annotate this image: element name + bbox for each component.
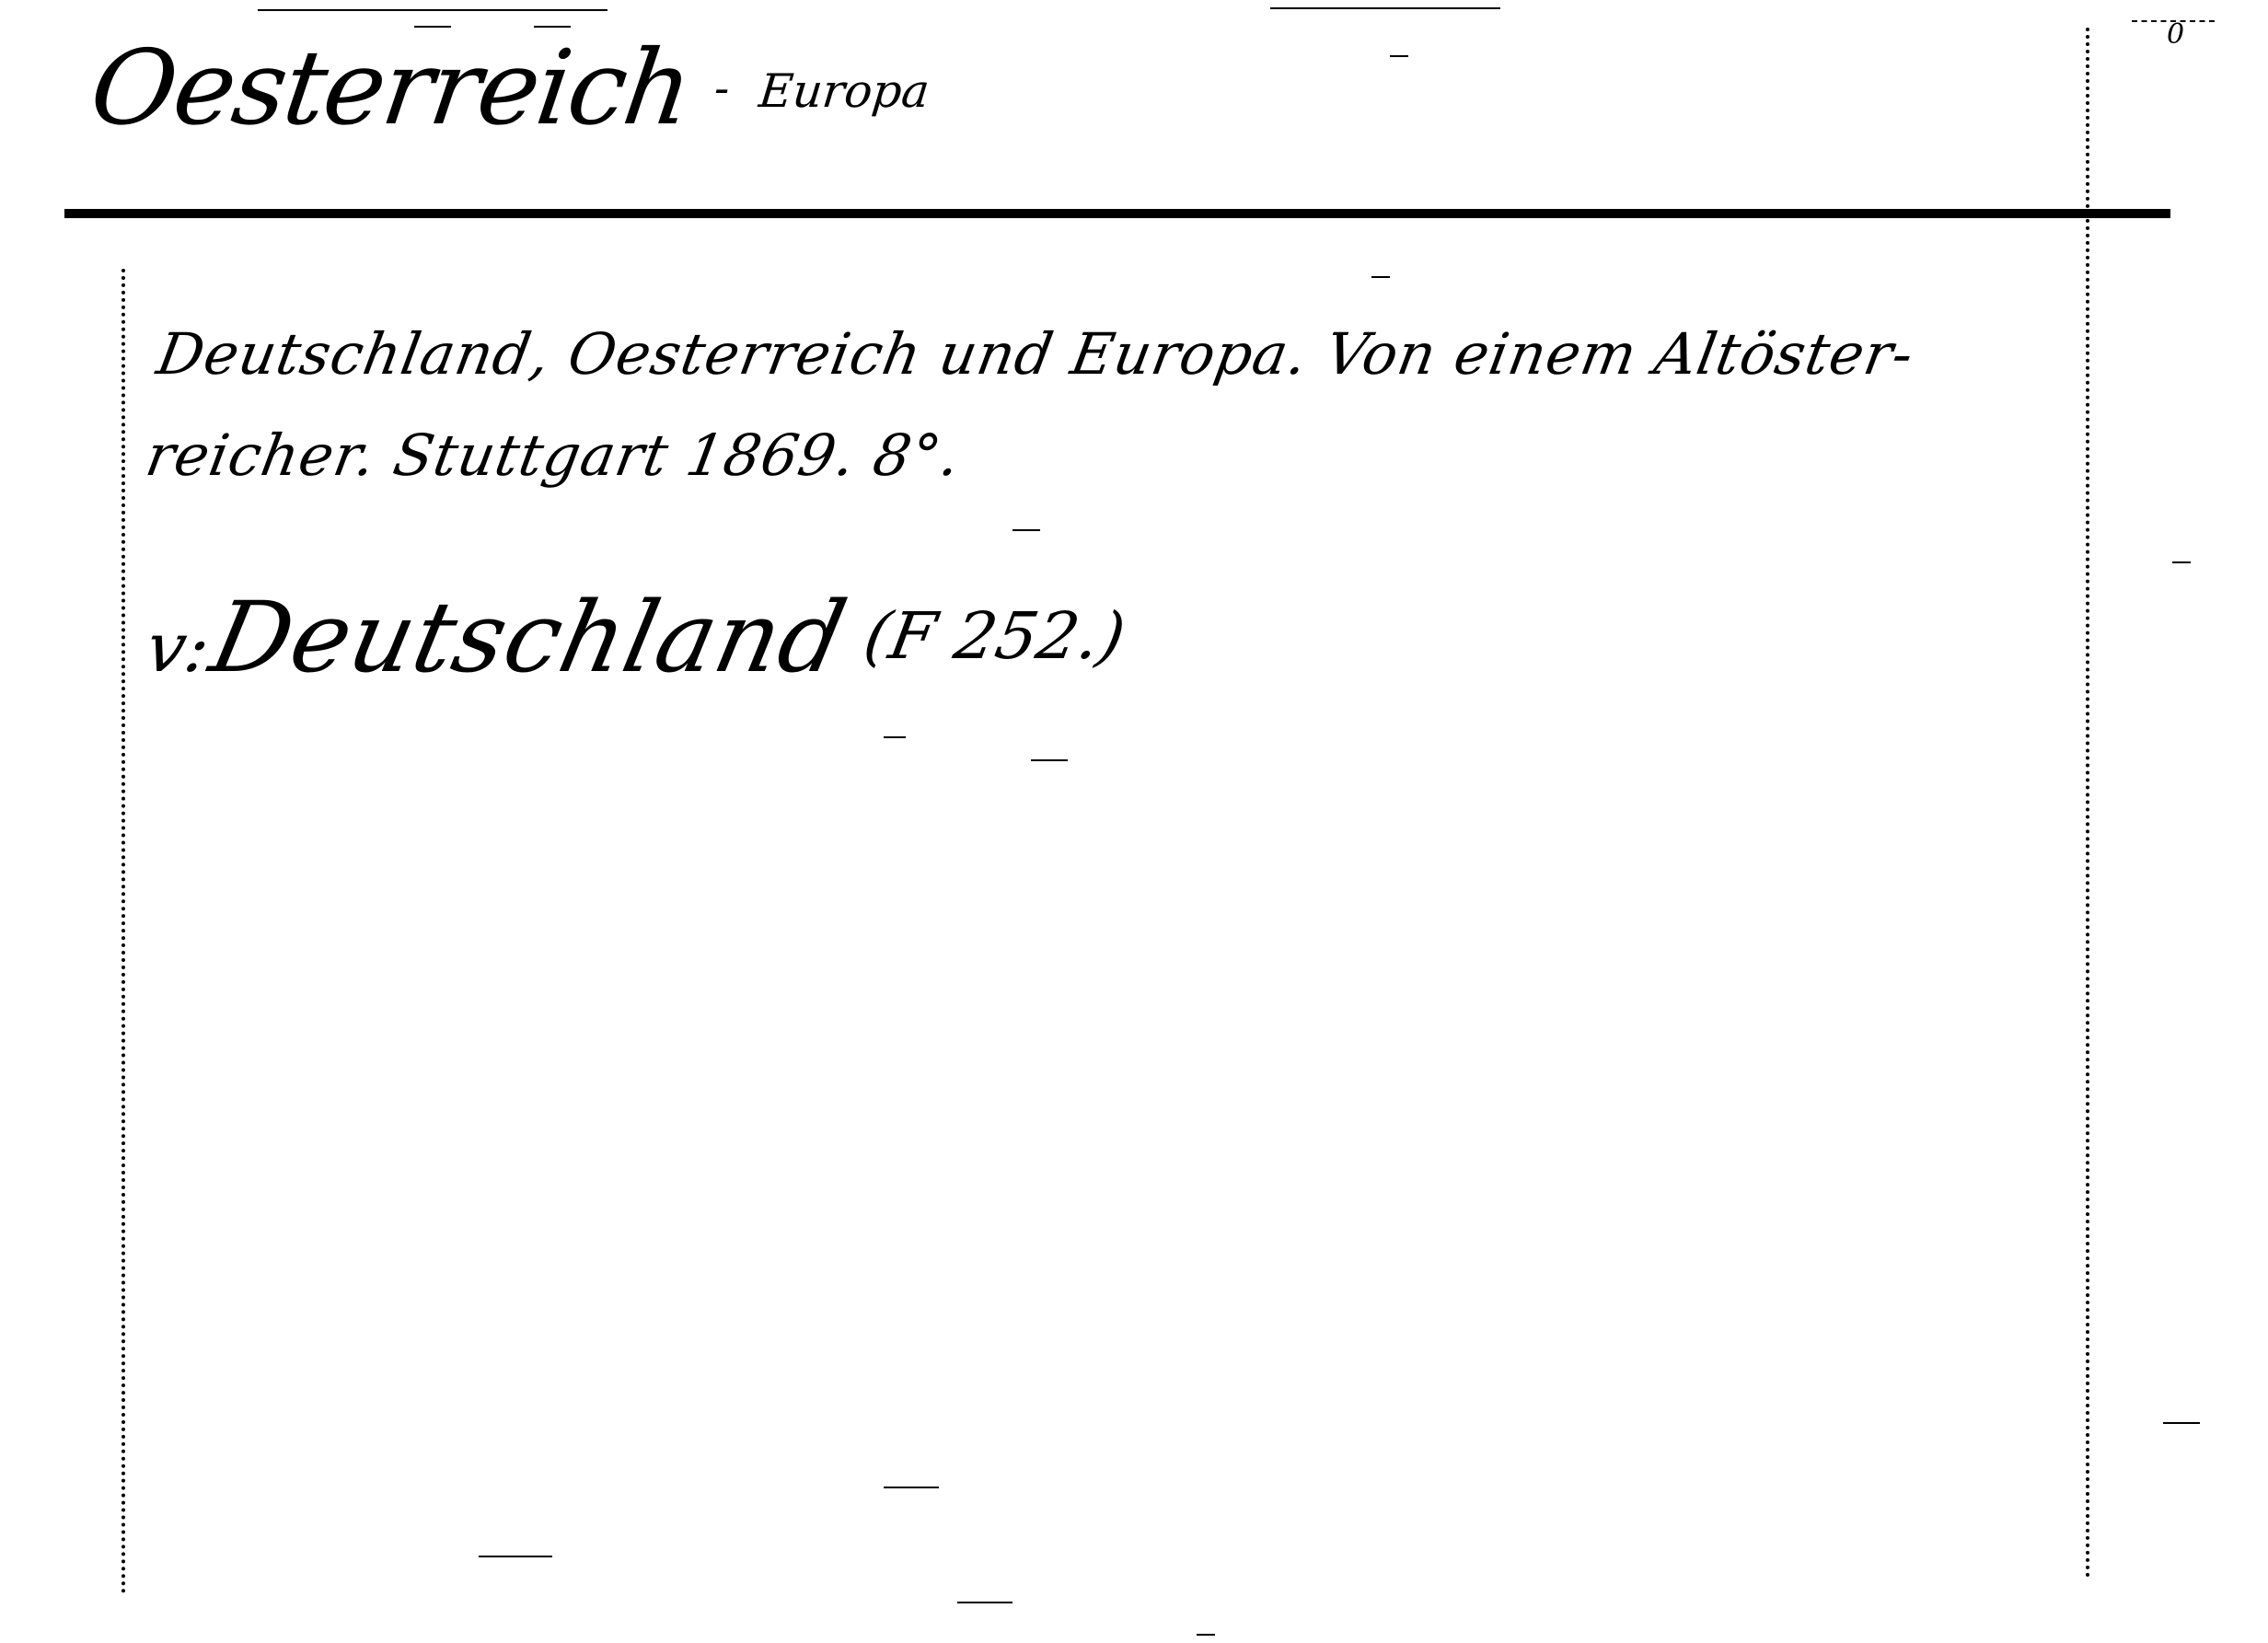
scan-noise — [414, 26, 451, 28]
cross-reference-code: (F 252.) — [860, 604, 1130, 668]
cross-reference-prefix: v: — [141, 614, 214, 682]
scan-noise — [1390, 55, 1408, 57]
entry-body: Deutschland, Oesterreich und Europa. Von… — [138, 304, 2080, 506]
heading-subject: Oesterreich — [85, 37, 697, 140]
left-dotted-border — [121, 269, 125, 1594]
heading-rule — [64, 209, 2170, 218]
scan-noise — [534, 26, 571, 28]
scan-noise — [957, 1602, 1012, 1603]
card-heading: Oesterreich - Europa — [92, 37, 930, 140]
cross-reference-target: Deutschland — [203, 589, 854, 687]
heading-separator: - — [714, 66, 729, 110]
scan-noise — [1031, 759, 1068, 761]
scan-noise — [479, 1556, 552, 1557]
scan-noise — [884, 1487, 939, 1488]
catalog-card: Oesterreich - Europa 0 Deutschland, Oest… — [0, 0, 2268, 1643]
scan-noise — [258, 9, 377, 11]
scan-noise — [1012, 529, 1040, 531]
entry-line-2: reicher. Stuttgart 1869. 8°. — [138, 405, 2098, 506]
right-dotted-border — [2086, 28, 2089, 1579]
scan-noise — [1197, 1634, 1215, 1636]
heading-region: Europa — [758, 68, 932, 114]
scan-noise — [1371, 276, 1390, 278]
scan-noise — [2172, 561, 2191, 563]
entry-line-1: Deutschland, Oesterreich und Europa. Von… — [149, 304, 2098, 405]
scan-noise — [1270, 7, 1500, 9]
cross-reference: v: Deutschland (F 252.) — [147, 589, 1124, 687]
scan-noise — [377, 9, 607, 11]
scan-noise — [884, 736, 906, 738]
corner-mark: 0 — [2167, 18, 2184, 51]
scan-noise — [2163, 1422, 2200, 1424]
